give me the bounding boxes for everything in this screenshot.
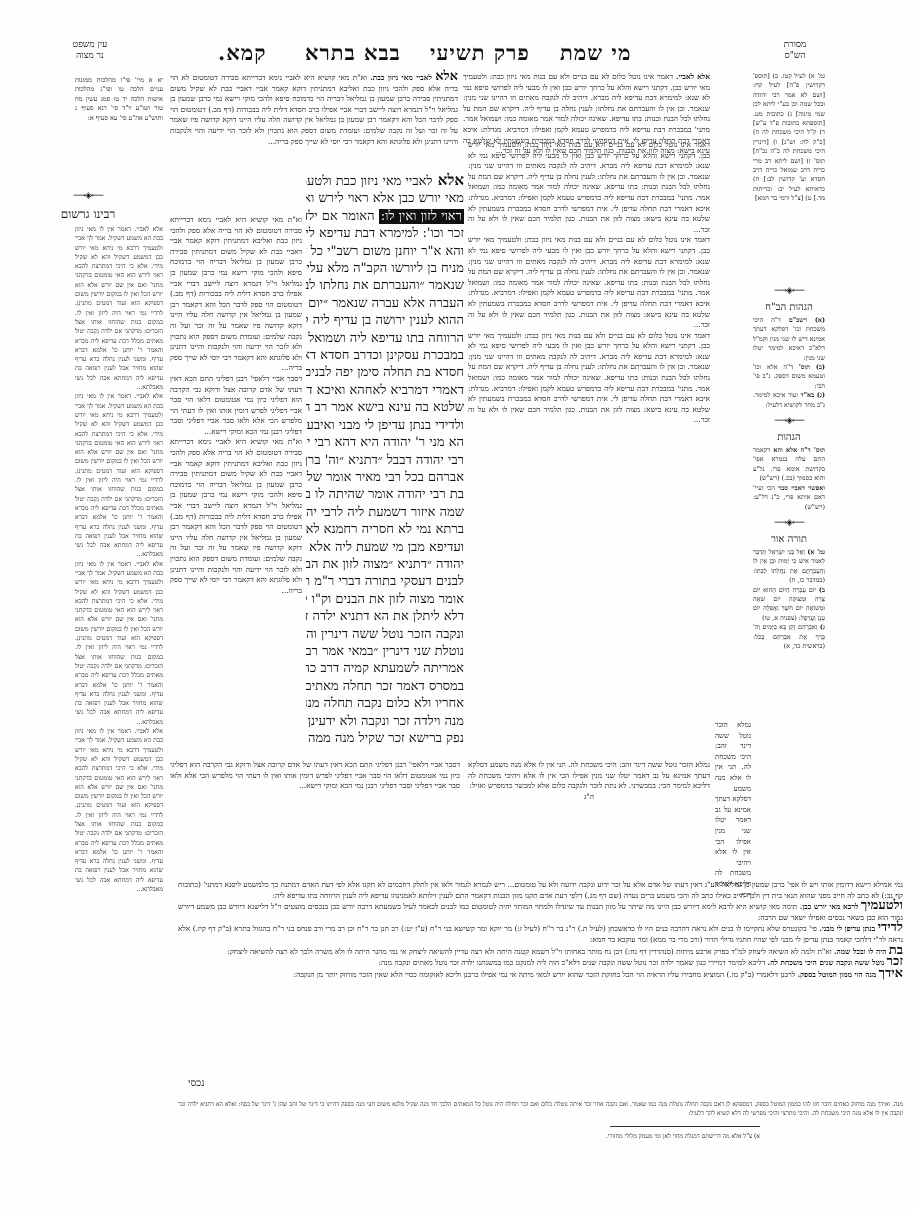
rashi-mid-text: נמלא הזכר נוטל ששה דינר זהב: היכי משכחת … <box>468 760 710 792</box>
hagahot-title: הגהות <box>753 432 825 443</box>
footer-notes: מנה. ואידך מנה מוחזק כאחים דובר חזו להו … <box>178 1100 903 1118</box>
tosafot-lower-block: נמי אמילא רישא דדומין אותו ויש לו אפי' כ… <box>178 880 903 980</box>
tosafot-lower-para: לדידי בנתן עדיפן לי מבני. פי' בקונטרס של… <box>178 923 903 945</box>
gemara-line: דאמרי דמרביא לאחהא ואיכא דאמרי דלא <box>306 382 464 399</box>
tosafot-body: וא"ת מאי קושיא היא לאביי נימא דברייתא סב… <box>170 73 458 146</box>
ornament-divider: ⟵◈⟶ <box>753 416 825 426</box>
hagahot-habach-item: (ג) בא"ד ועוד איכא למימר. נ"ב מחר לקושיא… <box>753 391 825 410</box>
hagahot-habach-list: (א) רשב"ם ד"ה היכי משכחת וכו' דסלקא דעתך… <box>753 316 825 410</box>
gemara-line: לבנים דעסקי בתורה דברי ר"מ רבי יהודה <box>306 573 464 590</box>
gemara-line: הרווחה בתו עדיפא ליה ושמואל אמר הכא <box>306 330 464 347</box>
gemara-line: הא מני ר' יהודה היא דהא רבי יהודה אילימא <box>306 434 464 451</box>
torah-or-item: ב) יוֹם עֶבְרָה הַיּוֹם הַהוּא יוֹם צָרָ… <box>753 586 825 624</box>
gemara-line: ונקבה הזכר נוטל ששה דינרין והנקבה <box>306 626 464 643</box>
rabbeinu-gershom-body-cont: אלא לאביי. דאמר אין לו מאי ניזון בבת הא … <box>75 392 163 559</box>
tosafot-lower-para: בת היה לו ובכל שמה. וא"ת ולמה לא השיאה ל… <box>178 946 903 958</box>
gemara-line: דלא ליתלן את הא דתניא ילדה זכר <box>306 608 464 625</box>
torah-or-list: גמ' א) וְאֶל בְּנֵי יִשְׂרָאֵל תְּדַבֵּר… <box>753 548 825 651</box>
gemara-line: אחריו ולא כלום נקבה תחלה מנה זכר אחריה <box>306 695 464 712</box>
footnote: א) צ"ל אלא מה דרישתם דמגלת מחוי לאן ומי … <box>420 1132 760 1141</box>
gemara-line: מניח בן ליורשו הקב"ה מלא עליו עברה <box>306 260 464 277</box>
tosafot-lower-para: ולטעמיך לרבא מאי יורש כבן. תימה מאי קושי… <box>178 901 903 923</box>
hagahot-habach-title: הגהות הב"ח <box>753 302 825 313</box>
masoret-hashas-label: מסורת הש"ס <box>765 40 825 62</box>
rashi-right-lower-text: נמלא הזכר נוטל ששה דינר זהב: היכי משכחת … <box>715 720 751 900</box>
gemara-line: נפק ברישא זכר שקיל מנה ממה נפשך אידך <box>306 730 464 747</box>
hagahot-habach-item: (ב) תוס' ד"ה אלא וכו' וטעמא משום דספק. נ… <box>753 363 825 391</box>
hagahot-item: תוס' ד"ה אלא והא דקאמר התם עלה בגמרא אפי… <box>753 446 825 484</box>
gemara-line: ועדיפא מבן מי שמעת ליה אלא הא רבי <box>306 539 464 556</box>
tosafot-text-cont: וא"ת מאי קושיא היא לאביי נימא דברייתא סב… <box>170 215 302 374</box>
tosafot-text-cont3: וא"ת מאי קושיא היא לאביי נימא דברייתא סב… <box>170 437 302 596</box>
tosafot-dibbur-hamatchil: לאביי מאי ניזון כבת. <box>370 73 432 82</box>
gemara-line: והא א"ר יוחנן משום רשב"י כל שאינו <box>306 243 464 260</box>
gemara-line: אלא לאביי מאי ניזון כבת ולטעמיך לרבא <box>306 172 464 190</box>
chapter-number: פרק תשיעי <box>430 40 530 66</box>
ornament-divider: ⟵◈⟶ <box>753 518 825 528</box>
rashi-lower-left: דסבר אביי דלאפי' רבנן דפליגי התם הכא דאי… <box>170 760 460 878</box>
gemara-line: ברתא נמי לא חסריה רחמנא לאברהם <box>306 521 464 538</box>
tosafot-lower-intro: נמי אמילא רישא דדומין אותו ויש לו אפי' כ… <box>178 880 903 901</box>
tosafot-column-narrow: וא"ת מאי קושיא היא לאביי נימא דברייתא סב… <box>170 215 302 760</box>
gemara-line: יהודה ״דתניא ״מצוה לזון את הבנות וק"ו <box>306 556 464 573</box>
torah-or-title: תורה אור <box>753 534 825 545</box>
rashi-lead: אלא לאביי. <box>676 72 710 81</box>
gemara-text: אלא לאביי מאי ניזון כבת ולטעמיך לרבאמאי … <box>306 172 464 747</box>
gemara-line: מנה וילדה זכר ונקבה ולא ידעינן הי מינייה… <box>306 713 464 730</box>
gemara-line: שלטא בה עינא בישא אמר רב חסדא <box>306 399 464 416</box>
rabbeinu-gershom-body-cont2: אלא לאביי. דאמר אין לו מאי ניזון בבת הא … <box>75 560 163 727</box>
gemara-line: במבכרת עסקינן וכדרב חסדא דאמר רב <box>306 347 464 364</box>
gemara-line: נוטלת שני דינרין ״במאי אמר רב אשר <box>306 643 464 660</box>
hagahot-list: תוס' ד"ה אלא והא דקאמר התם עלה בגמרא אפי… <box>753 446 825 512</box>
footer-notes-text: מנה. ואידך מנה מוחזק כאחים דובר חזו להו … <box>178 1100 903 1118</box>
folio-number: קמא. <box>218 40 266 66</box>
ein-mishpat-column: יא א מיי' פי"ו מהלכות ממונות עניים הלכה … <box>75 76 163 123</box>
rashi-right-lower: נמלא הזכר נוטל ששה דינר זהב: היכי משכחת … <box>715 720 751 900</box>
rabbeinu-gershom-body-cont3: אלא לאביי. דאמר אין לו מאי ניזון בבת הא … <box>75 727 163 894</box>
gemara-line: שמה איזור דשמעת ליה לרבי יהודה <box>306 504 464 521</box>
rabbeinu-gershom-section: ⟵◈⟶ רבינו גרשום <box>8 185 168 225</box>
tosafot-lower-para: זכר נוטל ששה ונקבה שנים היכי משכחת לה. ד… <box>178 957 903 969</box>
tractate-name: בבא בתרא <box>305 40 401 66</box>
gemara-line: שנאמר ״והעברתם את נחלתו לבתו ואין <box>306 277 464 294</box>
hagahot-item: ואפשר דאביי סבר הכי ועיי' דאם איתא פרי, … <box>753 484 825 512</box>
gemara-line: זכר וכו': למימרא דבת עדיפא ליה מבן <box>306 225 464 242</box>
tosafot-text-cont2: דסבר אביי דלאפי' רבנן דפליגי התם הכא דאי… <box>170 374 302 438</box>
ornament-divider: ⟵◈⟶ <box>8 191 168 201</box>
gemara-line: במסרס דאמר זכר תחלה מאתים נקבה <box>306 678 464 695</box>
rabbeinu-gershom-text: אלא לאביי. דאמר אין לו מאי ניזון בבת הא … <box>75 225 163 1210</box>
rabbeinu-gershom-title: רבינו גרשום <box>8 207 168 222</box>
gemara-line: אמריתה לשמעתא קמיה דרב כהנא <box>306 660 464 677</box>
chapter-name: מי שמת <box>560 40 631 66</box>
rashi-text-cont3: דאמר אינו נוטל כלום לא עם בניים ולא עם ב… <box>468 331 710 426</box>
gemara-column: אלא לאביי מאי ניזון כבת ולטעמיך לרבאמאי … <box>306 172 464 747</box>
torah-or-item: גמ' א) וְאֶל בְּנֵי יִשְׂרָאֵל תְּדַבֵּר… <box>753 548 825 586</box>
tosafot-column: אלא לאביי מאי ניזון כבת. וא"ת מאי קושיא … <box>170 72 458 147</box>
hagahot-habach-item: (א) רשב"ם ד"ה היכי משכחת וכו' דסלקא דעתך… <box>753 316 825 363</box>
masoret-hashas-text: גמ' א) לעיל קטז. ב) [תוספ' דקדושין פ"ה] … <box>753 72 825 204</box>
tosafot-lower-para: אידך מנה הוי ממון המוטל בספק. לרבנן דלאמ… <box>178 969 903 981</box>
gemara-line: ראוי לזון ואין לו: האומר אם ילדה אשתי <box>306 208 464 225</box>
ein-mishpat-text: יא א מיי' פי"ו מהלכות ממונות עניים הלכה … <box>75 76 163 123</box>
rashi-text-cont2: דאמר אינו נוטל כלום לא עם בניים ולא עם ב… <box>468 235 710 330</box>
next-page-catchword: נכסי <box>188 1078 204 1089</box>
gemara-lead-word: אלא <box>432 172 464 189</box>
rabbeinu-gershom-body: אלא לאביי. דאמר אין לו מאי ניזון בבת הא … <box>75 225 163 392</box>
hagahot-habach-section: ⟵◈⟶ הגהות הב"ח (א) רשב"ם ד"ה היכי משכחת … <box>753 280 825 651</box>
gemara-line: העברה אלא עברה שנאמר ״יום עברה היום <box>306 295 464 312</box>
gemara-line: רבי יהודה דבבל ״דתניא ״וה' ברך את <box>306 452 464 469</box>
ornament-divider: ⟵◈⟶ <box>753 286 825 296</box>
gemara-line: בת רבי יהודה אומר שהיתה לו בת ובכל <box>306 486 464 503</box>
highlighted-phrase: ראוי לזון ואין לו: <box>379 209 464 224</box>
gemara-line: מאי יורש כבן אלא ראוי לירש ואין לו ה"נ <box>306 190 464 207</box>
torah-or-item: ג) וְאַבְרָהָם זָקֵן בָּא בַּיָּמִים וַה… <box>753 623 825 651</box>
rashi-mid-tail: ה"ג <box>468 792 710 803</box>
tosafot-text: אלא לאביי מאי ניזון כבת. וא"ת מאי קושיא … <box>170 72 458 147</box>
rashi-mid-block: נמלא הזכר נוטל ששה דינר זהב: היכי משכחת … <box>468 760 710 802</box>
rashi-column-narrow: דאמר אינו נוטל כלום לא עם בניים ולא עם ב… <box>468 140 710 760</box>
gemara-line: אברהם בכל רבי מאיר אומר שלא היה לו <box>306 469 464 486</box>
tosafot-lead-word: אלא <box>435 69 458 84</box>
footnote-rule <box>610 1126 760 1127</box>
rashi-lower-text: דסבר אביי דלאפי' רבנן דפליגי התם הכא דאי… <box>170 760 460 792</box>
gemara-line: ההוא לענין ירושה בן עדיף ליה לענין <box>306 312 464 329</box>
gemara-line: חסדא בת תחלה סימן יפה לבנים איכא <box>306 364 464 381</box>
rashi-text-cont: דאמר אינו נוטל כלום לא עם בניים ולא עם ב… <box>468 140 710 235</box>
masoret-hashas-column: גמ' א) לעיל קטז. ב) [תוספ' דקדושין פ"ה] … <box>753 72 825 204</box>
gemara-line: אומר מצוה לזון את הבנים וק"ו לבנות <box>306 591 464 608</box>
ein-mishpat-label: עין משפט נר מצוה <box>55 40 125 62</box>
gemara-line: ולדידי בנתן עדיפן לי מבני ואיבעית אימא <box>306 417 464 434</box>
